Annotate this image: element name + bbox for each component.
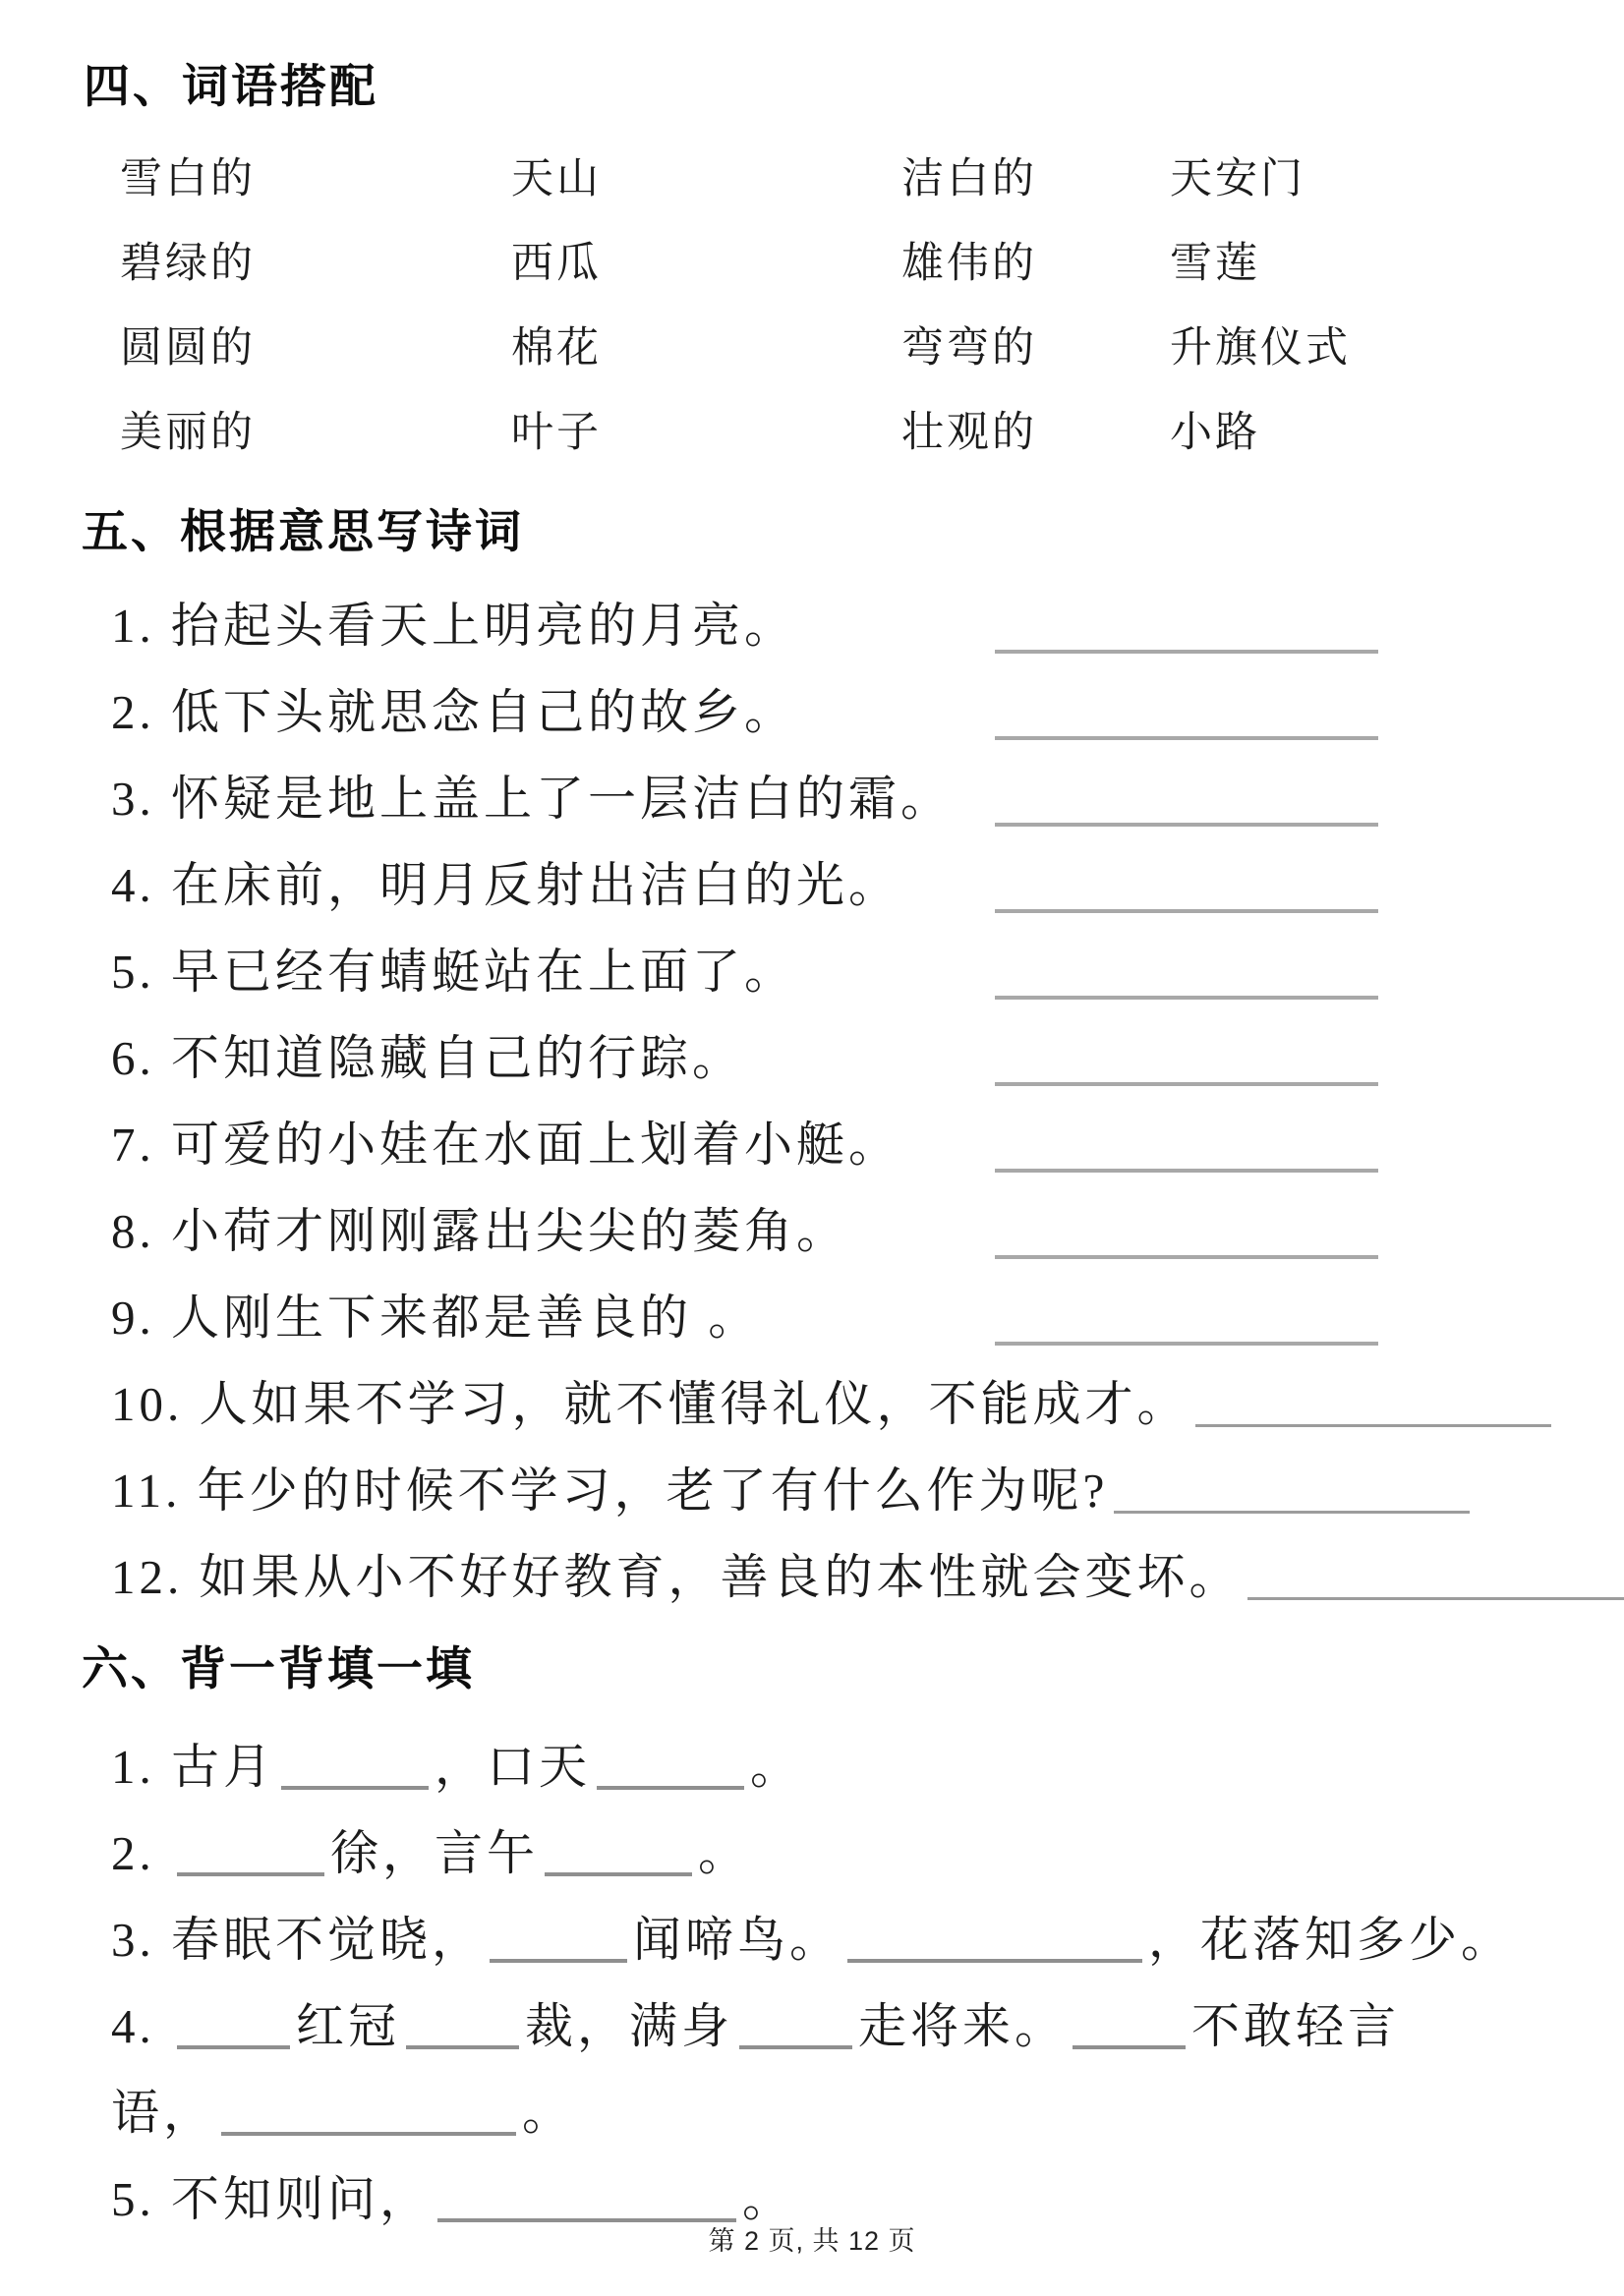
recite-text: 春眠不觉晓，	[171, 1913, 484, 1967]
answer-blank-line	[995, 996, 1378, 1000]
answer-blank-line	[995, 1169, 1378, 1173]
answer-blank-line	[995, 736, 1378, 740]
word-pair-cell: 碧绿的	[120, 222, 511, 307]
worksheet-page: 四、词语搭配 雪白的天山洁白的天安门碧绿的西瓜雄伟的雪莲圆圆的棉花弯弯的升旗仪式…	[0, 0, 1624, 2296]
recite-text: 。	[742, 2172, 794, 2226]
recite-text: 不敢轻言	[1191, 1999, 1400, 2053]
poem-item: 3. 怀疑是地上盖上了一层洁白的霜。	[111, 756, 953, 842]
page-number-footer: 第 2 页, 共 12 页	[0, 2219, 1624, 2258]
item-number: 4.	[111, 1999, 171, 2053]
word-pair-cell: 叶子	[511, 391, 901, 476]
word-pair-cell: 雪白的	[120, 138, 511, 222]
fill-blank-line	[545, 1872, 692, 1876]
word-pairs-grid: 雪白的天山洁白的天安门碧绿的西瓜雄伟的雪莲圆圆的棉花弯弯的升旗仪式美丽的叶子壮观…	[120, 138, 1624, 476]
poem-item: 9. 人刚生下来都是善良的 。	[111, 1275, 760, 1361]
poem-item: 8. 小荷才刚刚露出尖尖的菱角。	[111, 1188, 848, 1275]
item-number: 2.	[111, 1826, 171, 1880]
answer-blank-line	[995, 1255, 1378, 1259]
recite-text: 。	[698, 1826, 750, 1880]
recite-text: ，花落知多少。	[1148, 1913, 1513, 1967]
fill-blank-line	[221, 2132, 516, 2136]
word-pair-cell: 圆圆的	[120, 307, 511, 391]
recite-text: 。	[750, 1740, 802, 1794]
fill-blank-line	[177, 1872, 324, 1876]
item-number: 5.	[111, 2172, 171, 2226]
recite-item: 4. 红冠裁，满身走将来。不敢轻言语，。	[111, 1983, 1400, 2156]
poem-item: 5. 早已经有蜻蜓站在上面了。	[111, 929, 796, 1015]
recite-text: 走将来。	[858, 1999, 1067, 2053]
recite-text: 徐，言午	[330, 1826, 539, 1880]
recite-text: 。	[522, 2086, 574, 2140]
word-pair-cell: 升旗仪式	[1170, 307, 1624, 391]
word-pair-cell: 美丽的	[120, 391, 511, 476]
poem-item: 6. 不知道隐藏自己的行踪。	[111, 1015, 744, 1102]
poem-item: 1. 抬起头看天上明亮的月亮。	[111, 583, 796, 669]
fill-blank-line	[847, 1959, 1142, 1963]
poem-item: 10. 人如果不学习，就不懂得礼仪，不能成才。	[111, 1361, 1557, 1448]
poem-item: 11. 年少的时候不学习，老了有什么作为呢?	[111, 1448, 1476, 1534]
recite-item: 2. 徐，言午。	[111, 1810, 750, 1897]
answer-blank-line	[995, 823, 1378, 827]
recite-text: 裁，满身	[525, 1999, 733, 2053]
answer-blank-line	[995, 909, 1378, 913]
answer-blank-line	[1114, 1511, 1470, 1514]
recite-text: ，口天	[435, 1740, 591, 1794]
word-pair-cell: 洁白的	[901, 138, 1170, 222]
recite-item: 3. 春眠不觉晓，闻啼鸟。，花落知多少。	[111, 1897, 1513, 1983]
poem-item: 12. 如果从小不好好教育，善良的本性就会变坏。	[111, 1534, 1624, 1621]
fill-blank-line	[490, 1959, 627, 1963]
answer-blank-line	[1247, 1597, 1624, 1600]
fill-blank-line	[406, 2045, 519, 2049]
word-pair-cell: 小路	[1170, 391, 1624, 476]
fill-blank-line	[597, 1786, 744, 1790]
item-number: 1.	[111, 1740, 171, 1794]
section-recite-heading: 六、背一背填一填	[82, 1643, 475, 1694]
recite-item: 1. 古月，口天。	[111, 1724, 802, 1810]
recite-text: 闻啼鸟。	[633, 1913, 841, 1967]
poem-item: 4. 在床前，明月反射出洁白的光。	[111, 842, 900, 929]
word-pair-cell: 天安门	[1170, 138, 1624, 222]
word-pair-cell: 棉花	[511, 307, 901, 391]
recite-text: 红冠	[296, 1999, 400, 2053]
word-pair-cell: 壮观的	[901, 391, 1170, 476]
answer-blank-line	[995, 650, 1378, 654]
fill-blank-line	[281, 1786, 429, 1790]
word-pair-cell: 天山	[511, 138, 901, 222]
item-number: 3.	[111, 1913, 171, 1967]
recite-text: 古月	[171, 1740, 275, 1794]
poem-item: 2. 低下头就思念自己的故乡。	[111, 669, 796, 756]
section-word-pairs-heading: 四、词语搭配	[84, 61, 378, 112]
fill-blank-line	[177, 2045, 290, 2049]
word-pair-cell: 弯弯的	[901, 307, 1170, 391]
word-pair-cell: 雄伟的	[901, 222, 1170, 307]
answer-blank-line	[995, 1082, 1378, 1086]
word-pair-cell: 雪莲	[1170, 222, 1624, 307]
recite-text: 语，	[111, 2086, 215, 2140]
answer-blank-line	[995, 1342, 1378, 1346]
answer-blank-line	[1195, 1424, 1551, 1427]
section-poems-heading: 五、根据意思写诗词	[82, 506, 524, 557]
fill-blank-line	[739, 2045, 852, 2049]
fill-blank-line	[1073, 2045, 1186, 2049]
poem-item: 7. 可爱的小娃在水面上划着小艇。	[111, 1102, 900, 1188]
word-pair-cell: 西瓜	[511, 222, 901, 307]
recite-text: 不知则问，	[171, 2172, 432, 2226]
